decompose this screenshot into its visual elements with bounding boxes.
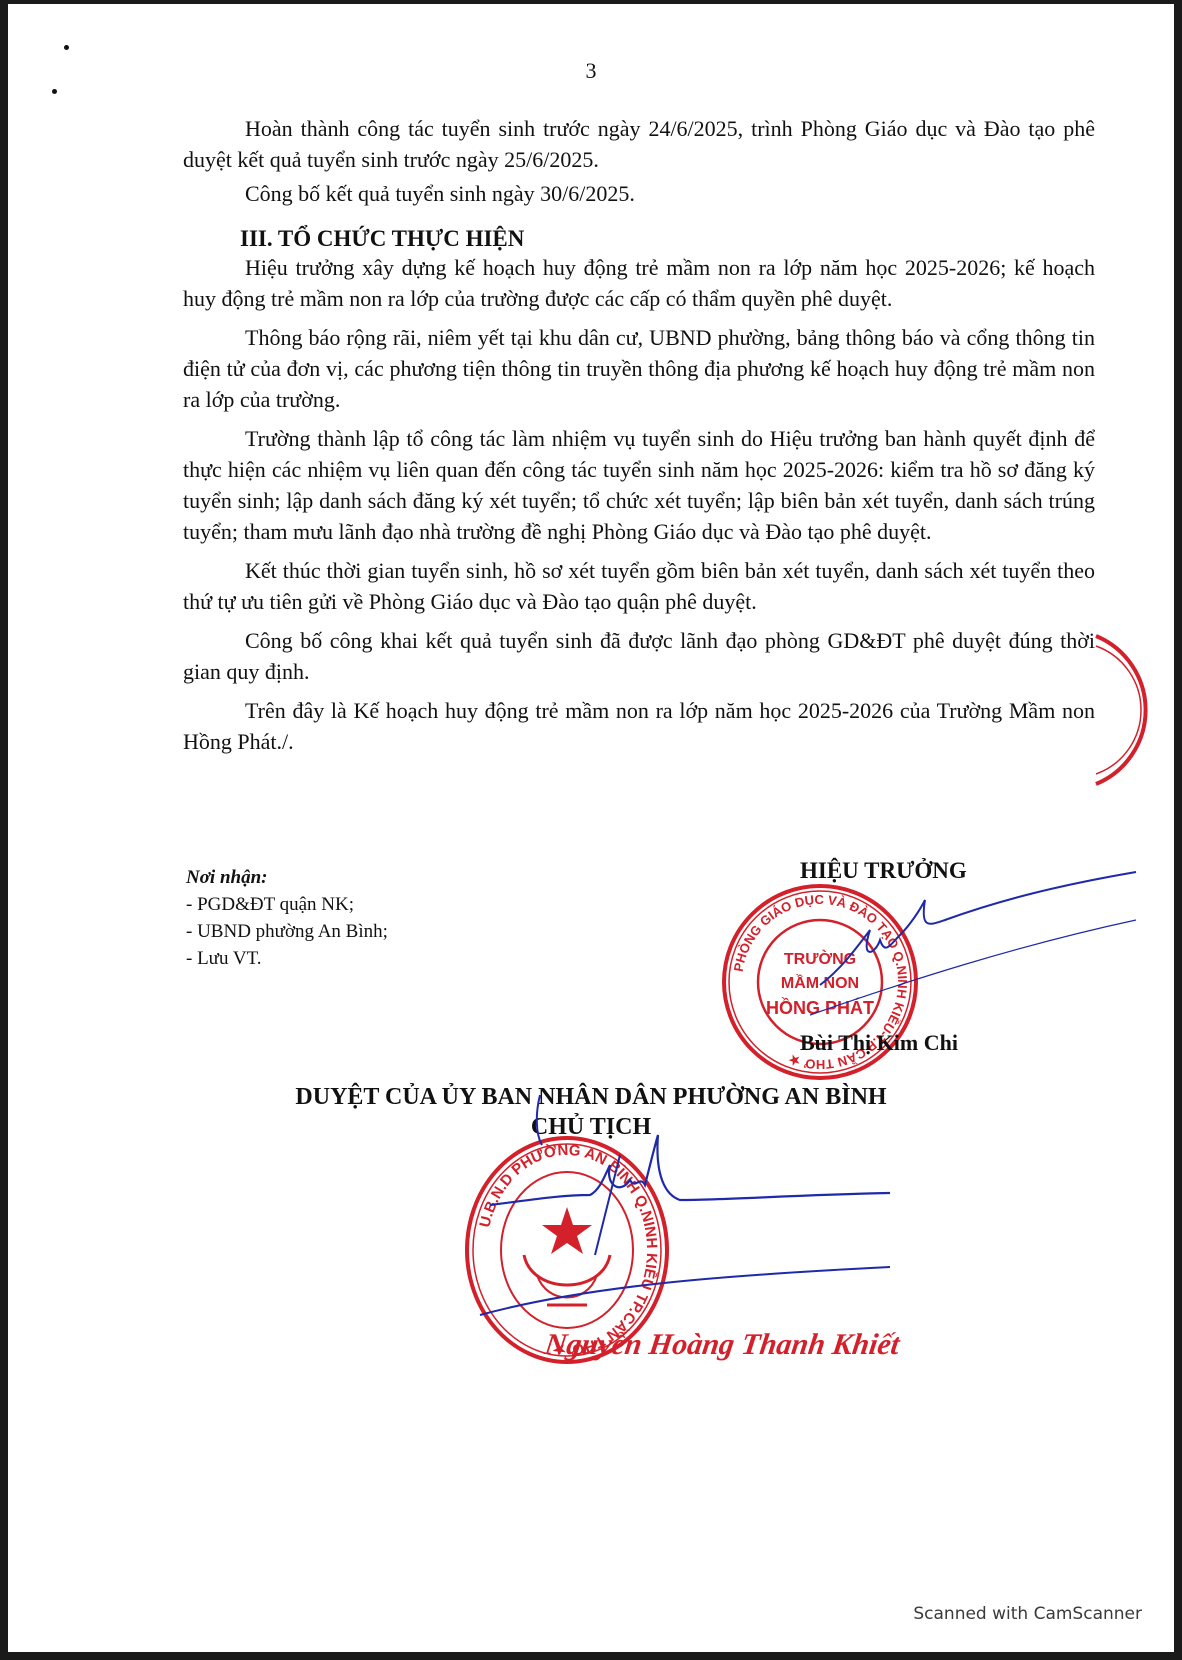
scan-speck [64,45,69,50]
camscanner-watermark: Scanned with CamScanner [913,1604,1142,1624]
section-heading: III. TỔ CHỨC THỰC HIỆN [240,226,524,252]
page-number: 3 [0,58,1182,84]
paragraph: Trường thành lập tổ công tác làm nhiệm v… [183,423,1095,547]
principal-name: Bùi Thị Kim Chi [800,1030,958,1056]
paragraph: Thông báo rộng rãi, niêm yết tại khu dân… [183,322,1095,415]
paragraph: Hoàn thành công tác tuyển sinh trước ngà… [183,113,1095,175]
paragraph: Trên đây là Kế hoạch huy động trẻ mầm no… [183,695,1095,757]
recipient-item: - PGD&ĐT quận NK; [186,891,388,918]
paragraph: Kết thúc thời gian tuyển sinh, hồ sơ xét… [183,555,1095,617]
recipient-item: - UBND phường An Bình; [186,918,388,945]
chairman-name: Nguyễn Hoàng Thanh Khiết [543,1328,902,1362]
intro-text: Hoàn thành công tác tuyển sinh trước ngà… [183,113,1095,209]
paragraph: Hiệu trưởng xây dựng kế hoạch huy động t… [183,252,1095,314]
chairman-signature-icon [470,1095,930,1325]
paragraph: Công bố kết quả tuyển sinh ngày 30/6/202… [183,178,1095,209]
recipients-title: Nơi nhận: [186,864,388,891]
recipient-item: - Lưu VT. [186,945,388,972]
partial-stamp-icon [1096,630,1176,790]
principal-signature-icon [760,870,1140,1000]
paragraph: Công bố công khai kết quả tuyển sinh đã … [183,625,1095,687]
svg-text:HỒNG PHÁT: HỒNG PHÁT [766,997,874,1018]
recipients-list: Nơi nhận: - PGD&ĐT quận NK; - UBND phườn… [186,864,388,972]
section-text: Hiệu trưởng xây dựng kế hoạch huy động t… [183,252,1095,757]
scan-speck [52,89,57,94]
